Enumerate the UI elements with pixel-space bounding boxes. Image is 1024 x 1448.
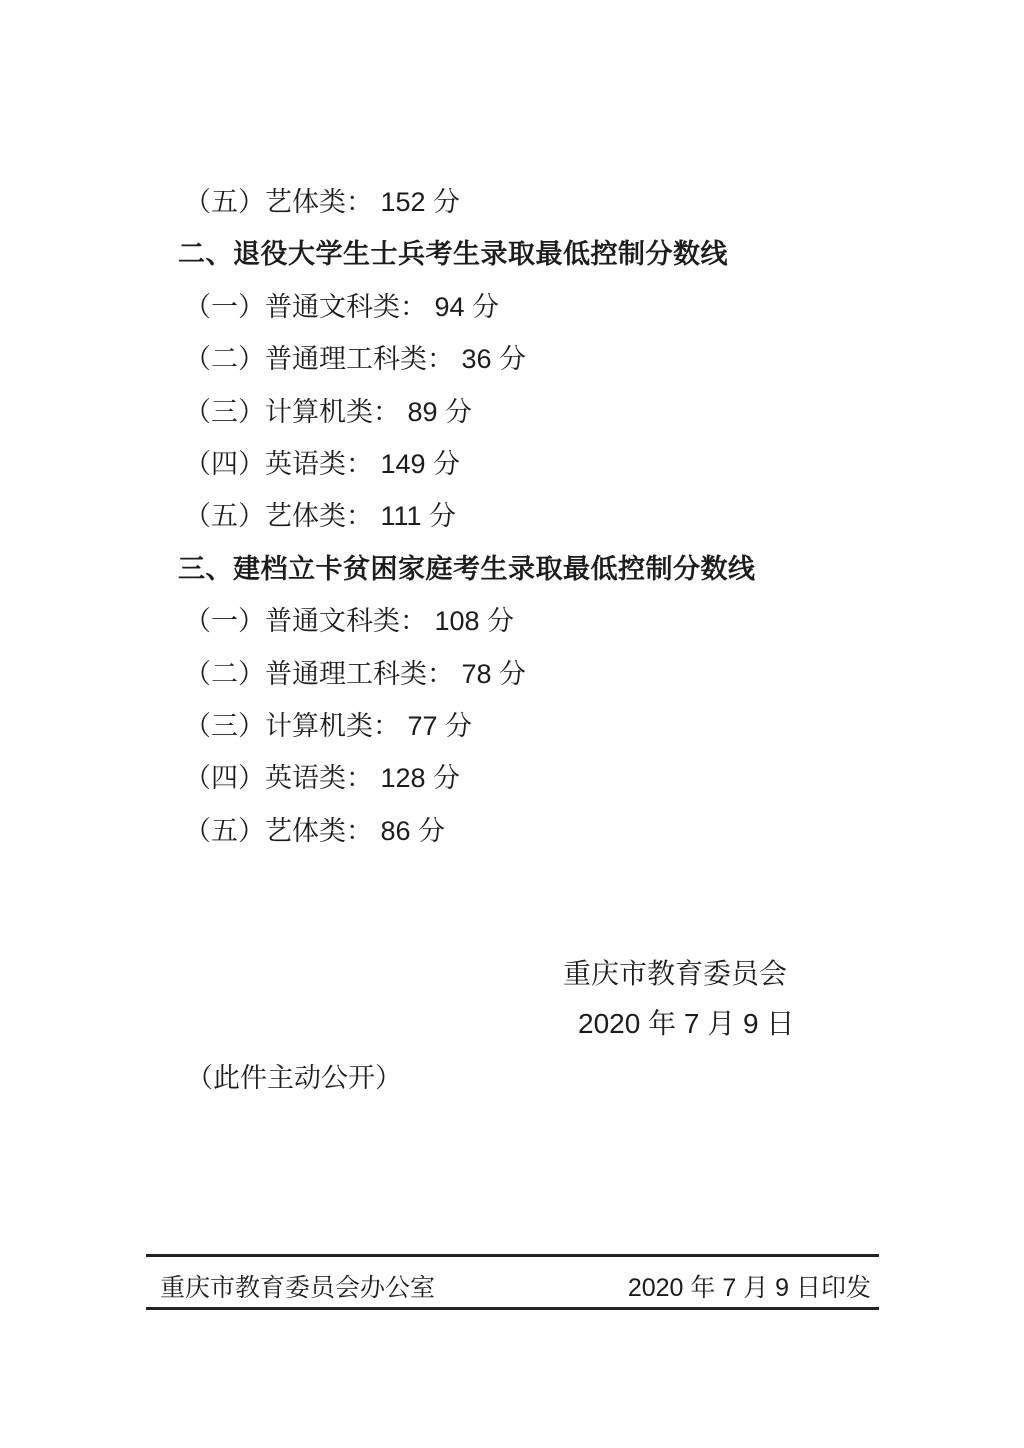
signature-issuer: 重庆市教育委员会 (563, 957, 787, 991)
section-2-heading: 二、退役大学生士兵考生录取最低控制分数线 (0, 228, 1024, 280)
footer-top-rule (146, 1254, 879, 1257)
footer-issuing-office: 重庆市教育委员会办公室 (160, 1268, 435, 1304)
score-line: （二）普通理工科类： 78 分 (0, 648, 1024, 700)
document-page: （五）艺体类： 152 分 二、退役大学生士兵考生录取最低控制分数线 （一）普通… (0, 0, 1024, 1448)
signature-date: 2020 年 7 月 9 日 (578, 1007, 794, 1041)
score-line: （一）普通文科类： 108 分 (0, 595, 1024, 647)
score-line: （四）英语类： 149 分 (0, 438, 1024, 490)
footer-row: 重庆市教育委员会办公室 2020 年 7 月 9 日印发 (146, 1266, 879, 1306)
score-line: （三）计算机类： 77 分 (0, 700, 1024, 752)
score-line: （五）艺体类： 152 分 (0, 176, 1024, 228)
score-line: （五）艺体类： 86 分 (0, 805, 1024, 857)
disclosure-note: （此件主动公开） (186, 1060, 402, 1096)
section-3-heading: 三、建档立卡贫困家庭考生录取最低控制分数线 (0, 543, 1024, 595)
score-line: （一）普通文科类： 94 分 (0, 281, 1024, 333)
score-line: （五）艺体类： 111 分 (0, 490, 1024, 542)
score-line: （二）普通理工科类： 36 分 (0, 333, 1024, 385)
document-body: （五）艺体类： 152 分 二、退役大学生士兵考生录取最低控制分数线 （一）普通… (0, 176, 1024, 857)
score-line: （三）计算机类： 89 分 (0, 386, 1024, 438)
footer-bottom-rule (146, 1307, 879, 1310)
footer-print-date: 2020 年 7 月 9 日印发 (628, 1268, 871, 1304)
score-line: （四）英语类： 128 分 (0, 752, 1024, 804)
